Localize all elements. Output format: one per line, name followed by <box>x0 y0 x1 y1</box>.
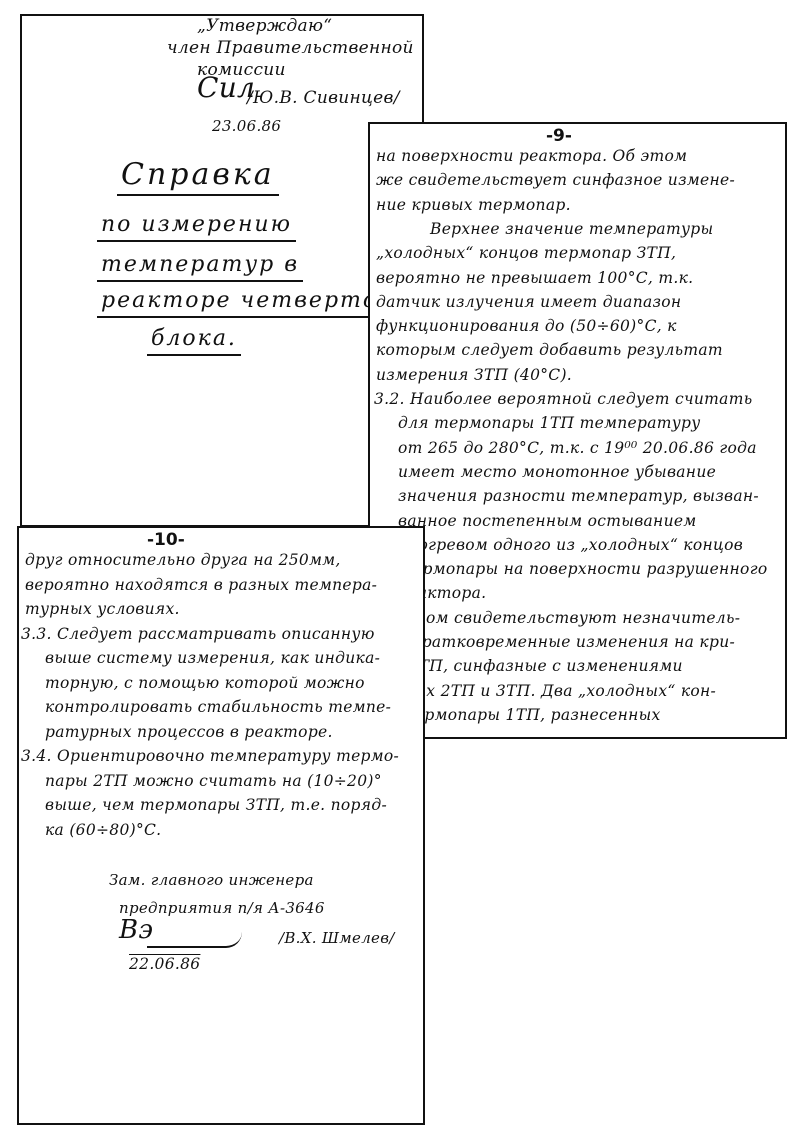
page-9: -9- на поверхности реактора. Об этомже с… <box>368 122 787 739</box>
subtitle-line: по измерению <box>97 212 296 242</box>
cover-page: „Утверждаю“ член Правительственной комис… <box>20 14 424 527</box>
signatory-name: /В.Х. Шмелев/ <box>279 928 395 948</box>
text-line: значения разности температур, вызван- <box>398 486 759 506</box>
text-line: термопары на поверхности разрушенного <box>398 559 767 579</box>
text-line: ванное постепенным остыванием <box>398 511 696 531</box>
text-line: 3.2. Наиболее вероятной следует считать <box>374 389 752 409</box>
approval-role-line1: член Правительственной <box>167 38 414 58</box>
subtitle-line: температур в <box>97 252 303 282</box>
text-line: ратурных процессов в реакторе. <box>45 722 333 742</box>
text-line: вероятно не превышает 100°С, т.к. <box>376 268 693 288</box>
text-line: же свидетельствует синфазное измене- <box>376 170 735 190</box>
text-line: выше систему измерения, как индика- <box>45 648 380 668</box>
signature-stroke <box>147 932 242 948</box>
signatory-role-line1: Зам. главного инженера <box>109 870 314 890</box>
approver-name: /Ю.В. Сивинцев/ <box>247 88 400 108</box>
approval-date: 23.06.86 <box>212 116 281 136</box>
text-line: измерения ЗТП (40°С). <box>376 365 572 385</box>
text-line: для термопары 1ТП температуру <box>398 413 701 433</box>
subtitle-line: блока. <box>147 326 241 356</box>
text-line: контролировать стабильность темпе- <box>45 697 391 717</box>
text-line: турных условиях. <box>25 599 180 619</box>
text-line: Верхнее значение температуры <box>430 219 713 239</box>
text-line: ка (60÷80)°С. <box>45 820 161 840</box>
text-line: торную, с помощью которой можно <box>45 673 365 693</box>
text-line: ные кратковременные изменения на кри- <box>374 632 735 652</box>
text-line: функционирования до (50÷60)°С, к <box>376 316 677 336</box>
text-line: которым следует добавить результат <box>376 340 723 360</box>
text-line: имеет место монотонное убывание <box>398 462 716 482</box>
text-line: выше, чем термопары ЗТП, т.е. поряд- <box>45 795 387 815</box>
text-line: Об этом свидетельствуют незначитель- <box>374 608 740 628</box>
text-line: „холодных“ концов термопар ЗТП, <box>376 243 676 263</box>
document-title: Справка <box>117 158 279 196</box>
text-line: датчик излучения имеет диапазон <box>376 292 681 312</box>
text-line: на поверхности реактора. Об этом <box>376 146 687 166</box>
text-line: пары 2ТП можно считать на (10÷20)° <box>45 771 382 791</box>
text-line: друг относительно друга на 250мм, <box>25 550 341 570</box>
text-line: прогревом одного из „холодных“ концов <box>398 535 743 555</box>
page-10: -10- друг относительно друга на 250мм,ве… <box>17 526 425 1125</box>
text-line: кривых 2ТП и 3ТП. Два „холодных“ кон- <box>374 681 716 701</box>
page-number: -10- <box>147 530 185 550</box>
approval-header: „Утверждаю“ <box>197 16 332 36</box>
signature-date: 22.06.86 <box>129 954 200 974</box>
text-line: ние кривых термопар. <box>376 195 571 215</box>
page-number: -9- <box>546 126 572 146</box>
text-line: 3.4. Ориентировочно температуру термо- <box>21 746 399 766</box>
text-line: 3.3. Следует рассматривать описанную <box>21 624 375 644</box>
text-line: от 265 до 280°С, т.к. с 19⁰⁰ 20.06.86 го… <box>398 438 757 458</box>
text-line: вероятно находятся в разных темпера- <box>25 575 377 595</box>
subtitle-line: реакторе четвертого <box>97 288 411 318</box>
